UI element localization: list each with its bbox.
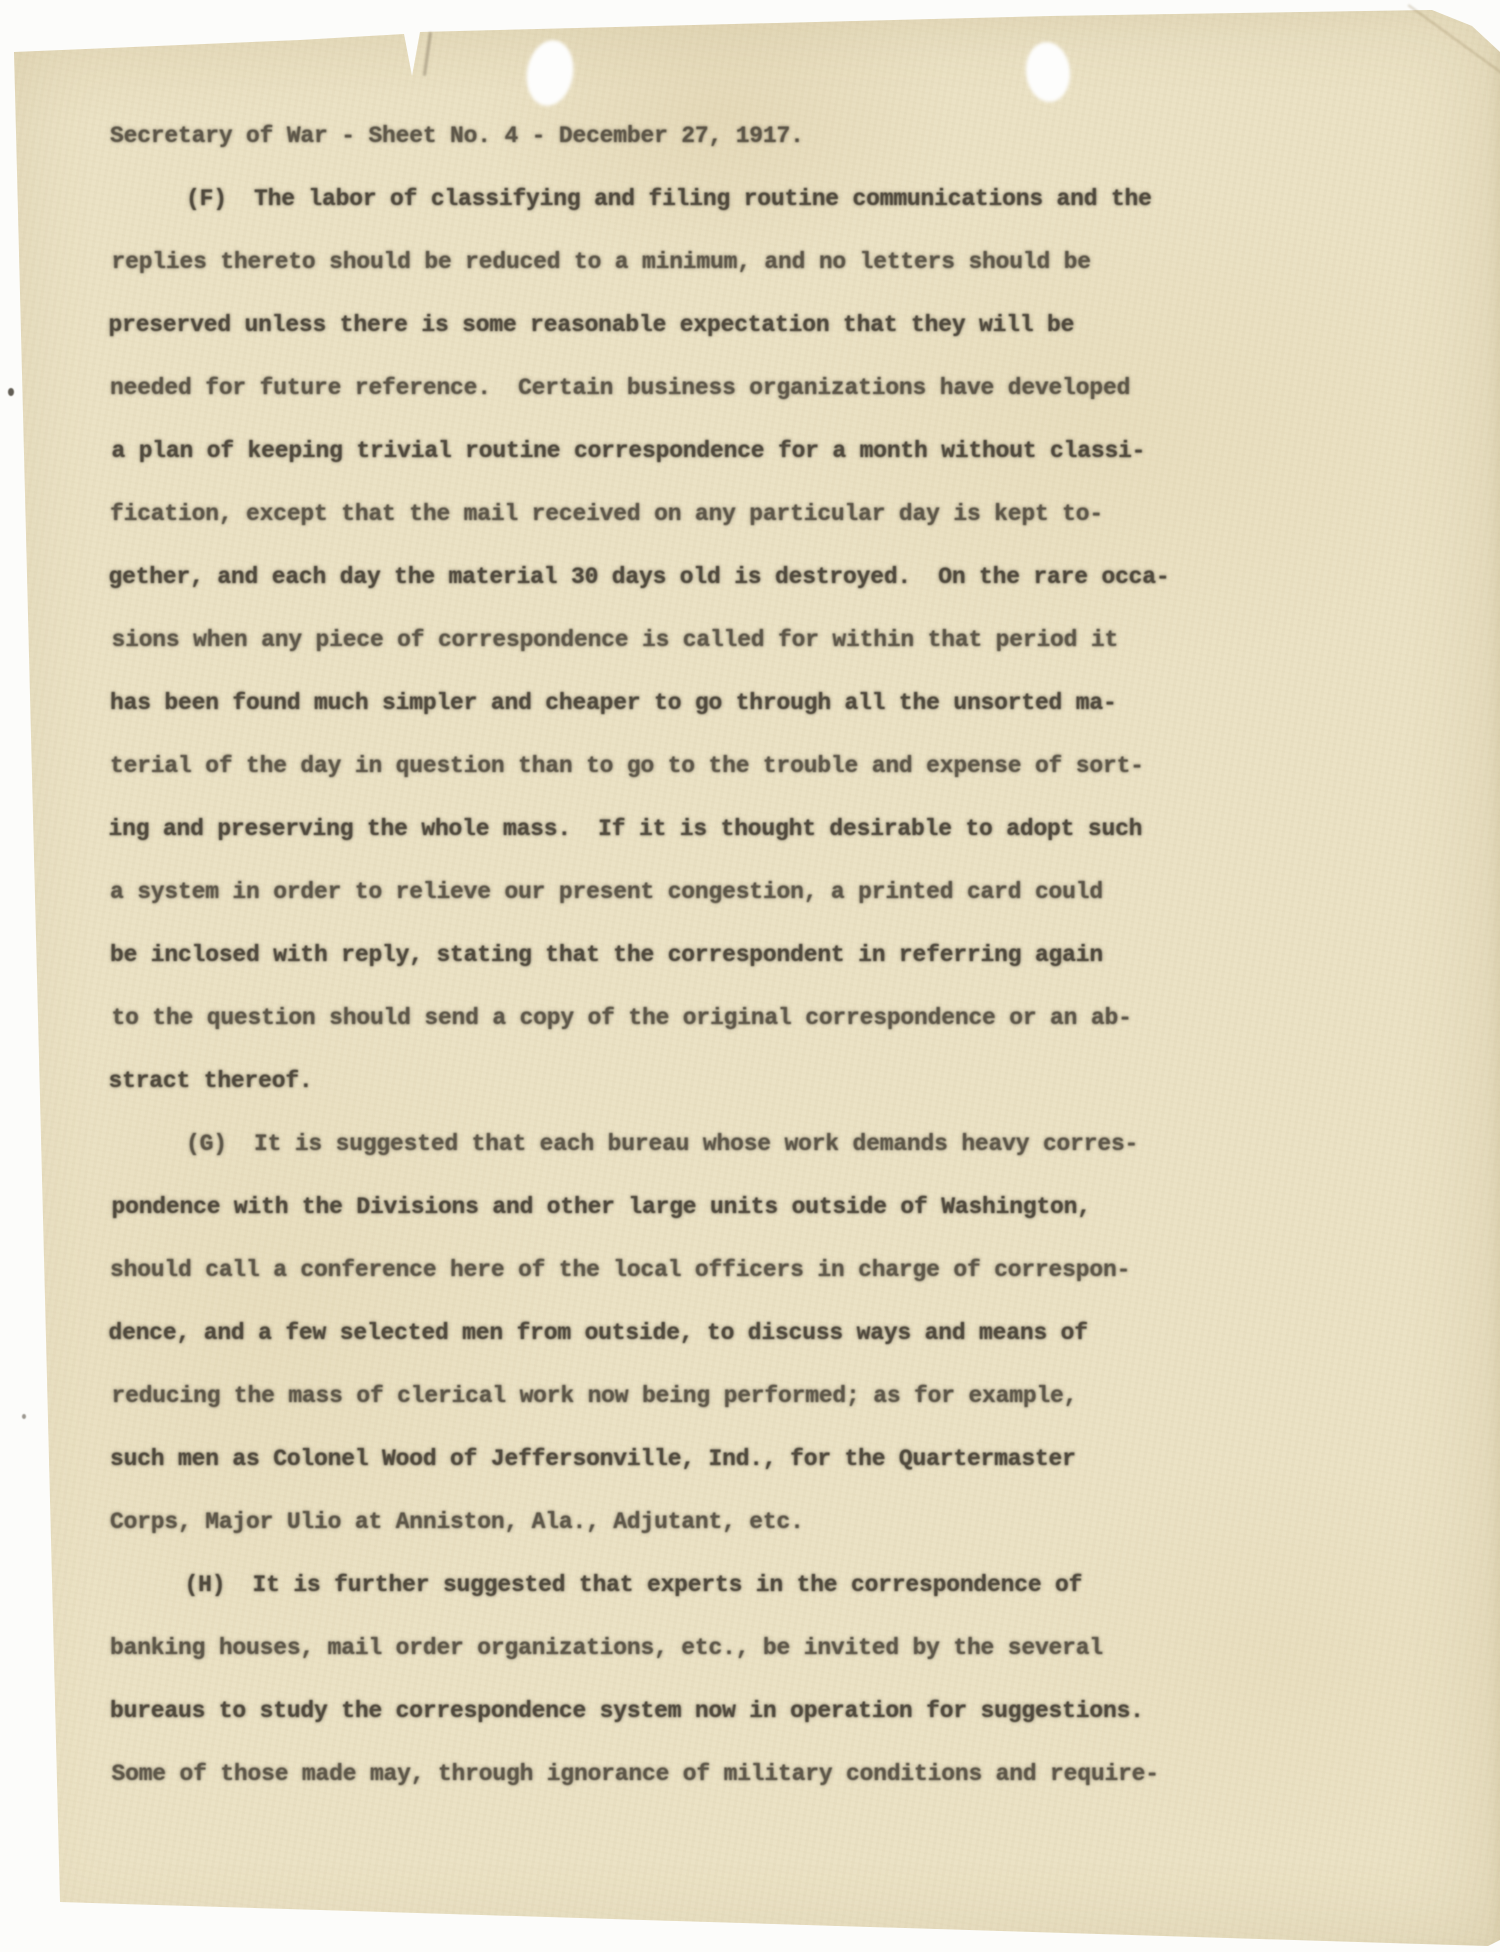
scanned-document-canvas: Secretary of War - Sheet No. 4 - Decembe… [0,0,1500,1952]
text-line: pondence with the Divisions and other la… [112,1176,1292,1239]
text-line: sions when any piece of correspondence i… [112,609,1292,672]
text-line: a system in order to relieve our present… [110,861,1290,924]
document-header: Secretary of War - Sheet No. 4 - Decembe… [110,105,1290,168]
text-line: a plan of keeping trivial routine corres… [112,420,1292,483]
text-line: such men as Colonel Wood of Jeffersonvil… [110,1428,1290,1491]
text-line: needed for future reference. Certain bus… [110,357,1290,420]
text-line: (G) It is suggested that each bureau who… [110,1113,1290,1176]
text-line: should call a conference here of the loc… [110,1239,1290,1302]
text-line: replies thereto should be reduced to a m… [112,231,1292,294]
ink-speck [8,388,14,396]
text-line: has been found much simpler and cheaper … [110,672,1290,735]
ink-speck [22,1414,26,1419]
text-line: preserved unless there is some reasonabl… [109,294,1289,357]
text-line: terial of the day in question than to go… [110,735,1290,798]
text-line: to the question should send a copy of th… [112,987,1292,1050]
text-line: banking houses, mail order organizations… [110,1617,1290,1680]
text-line: be inclosed with reply, stating that the… [110,924,1290,987]
text-line: (H) It is further suggested that experts… [109,1554,1289,1617]
text-line: stract thereof. [109,1050,1289,1113]
text-line: ing and preserving the whole mass. If it… [109,798,1289,861]
text-line: fication, except that the mail received … [110,483,1290,546]
text-line: Some of those made may, through ignoranc… [112,1743,1292,1806]
text-line: bureaus to study the correspondence syst… [110,1680,1290,1743]
text-line: Corps, Major Ulio at Anniston, Ala., Adj… [110,1491,1290,1554]
text-line: dence, and a few selected men from outsi… [109,1302,1289,1365]
text-line: reducing the mass of clerical work now b… [112,1365,1292,1428]
typewritten-text-block: Secretary of War - Sheet No. 4 - Decembe… [110,105,1290,1806]
text-line: (F) The labor of classifying and filing … [110,168,1290,231]
text-line: gether, and each day the material 30 day… [109,546,1289,609]
